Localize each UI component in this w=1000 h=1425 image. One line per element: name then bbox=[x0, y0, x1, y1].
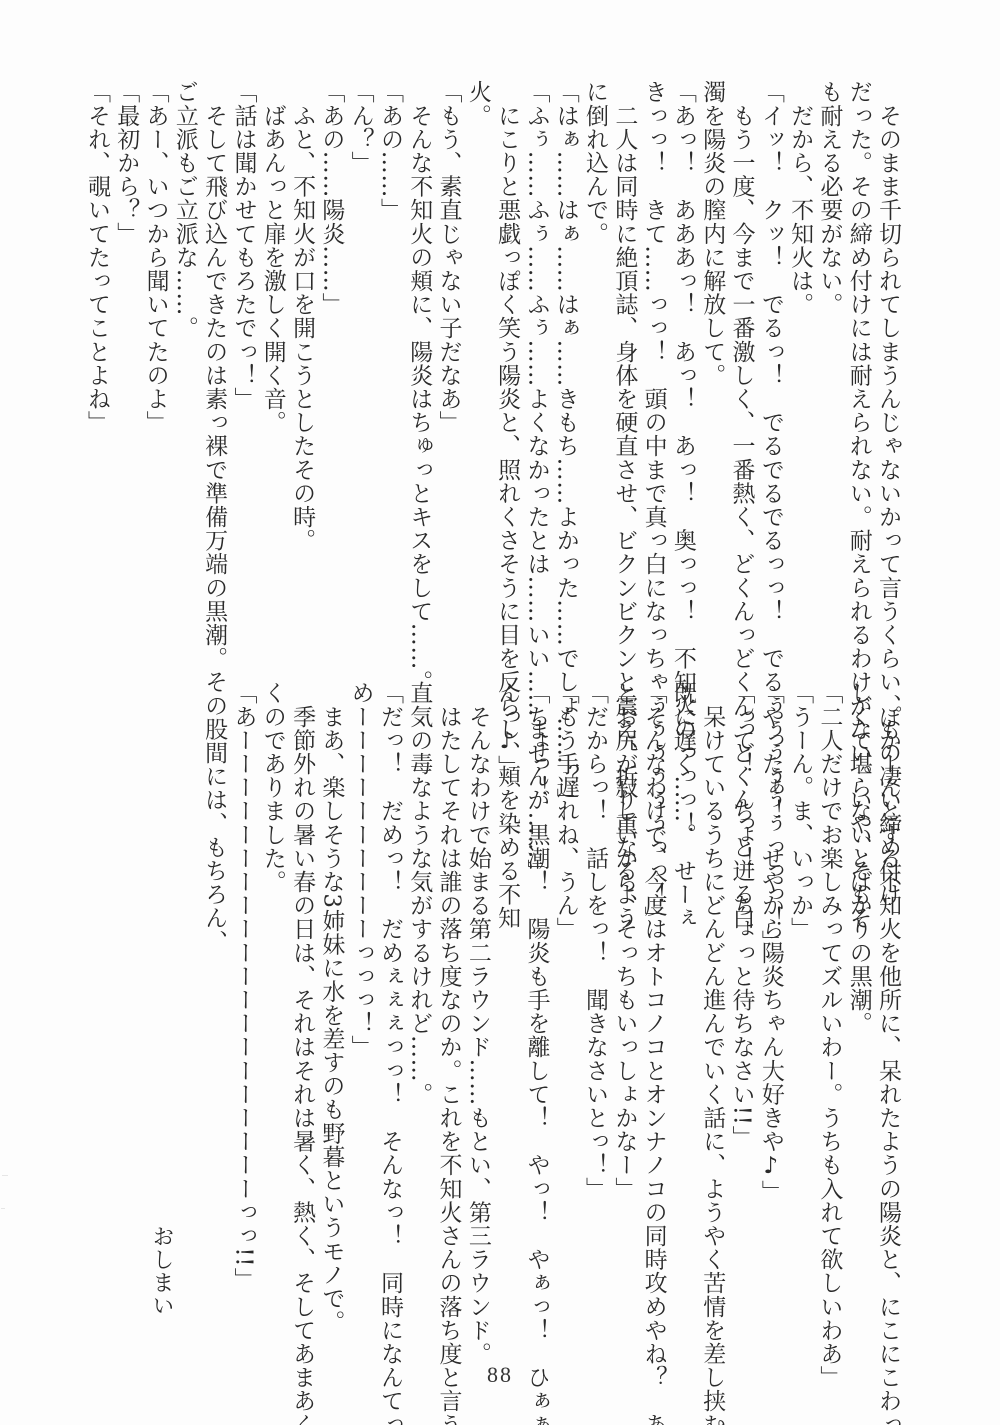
text-column: 濁を陽炎の膣内に解放して。 bbox=[697, 80, 726, 680]
text-column: 「だっ！ だめっ！ だめぇぇぇっっ！ そんなっ！ 同時になんてっっ！ だ bbox=[375, 681, 404, 1281]
text-column: 「うーん。ま、いっか」 bbox=[785, 681, 814, 1281]
text-column: 火。 bbox=[463, 80, 492, 680]
text-column: 既に遅く……。 bbox=[668, 681, 697, 1281]
text-column: 「って！ ちょ！ ちょっと待ちなさい!!」 bbox=[726, 681, 755, 1281]
text-column: ぽかーんとする不知火を他所に、呆れたようの陽炎と、にこにこわっふる、楽 bbox=[873, 681, 902, 1281]
text-column: 「あの……」 bbox=[375, 80, 404, 680]
text-column: 「はぁ……はぁ……はぁ……きもち……よかった……でしょ……？」 bbox=[550, 80, 579, 680]
text-column: 「ふぅ……ふぅ……ふぅ……よくなかったとは……いい……ませんが……」 bbox=[521, 80, 550, 680]
text-column: 「それ、覗いてたってことよね」 bbox=[82, 80, 111, 680]
text-column: そして飛び込んできたのは素っ裸で準備万端の黒潮。その股間には、もちろん、 bbox=[199, 80, 228, 680]
text-column: 「やったぁ！ せやから陽炎ちゃん大好きや♪」 bbox=[756, 681, 785, 1281]
text-column: そのまま千切られてしまうんじゃないかって言うくらい、もの凄い締め付け bbox=[873, 80, 902, 680]
text-column: 「そんなわけで、今度はオトコノコとオンナノコの同時攻めやね？ あ、それや bbox=[638, 681, 667, 1281]
text-column: 「もう手遅れね、うん」 bbox=[550, 681, 579, 1281]
page-number: 88 bbox=[0, 1362, 1000, 1388]
scan-speck bbox=[2, 1175, 8, 1176]
text-column: 「あっ！ あああっ！ あっ！ あっ！ 奥っっ！ 不知火のっっっ！ せーぇ bbox=[668, 80, 697, 680]
text-column: 「あー、いつから聞いてたのよ」 bbox=[140, 80, 169, 680]
text-column: まあ、楽しそうな3姉妹に水を差すのも野暮というモノで。 bbox=[316, 681, 345, 1281]
text-column: に倒れ込んで。 bbox=[580, 80, 609, 680]
text-column: ふと、不知火が口を開こうとしたその時。 bbox=[287, 80, 316, 680]
text-column: 呆けているうちにどんどん進んでいく話に、ようやく苦情を差し挟むも、時、 bbox=[697, 681, 726, 1281]
text-column: ご立派もご立派な……。 bbox=[170, 80, 199, 680]
text-column: も耐える必要がない。 bbox=[814, 80, 843, 680]
text-column: 直気の毒なような気がするけれど……。 bbox=[404, 681, 433, 1281]
text-column: 「ちょっ！ 黒潮！ 陽炎も手を離して！ やっ！ やぁっ！ ひぁぁぁぁぁぁ bbox=[521, 681, 550, 1281]
text-column: とお尻が寂しいから、そっちもいっしょかなー」 bbox=[609, 681, 638, 1281]
text-column: にこりと悪戯っぽく笑う陽炎と、照れくさそうに目を反らし、頬を染める不知 bbox=[492, 80, 521, 680]
text-column: 「最初から？」 bbox=[111, 80, 140, 680]
text-column: もう一度、今まで一番激しく、一番熱く、どくんっどくんっどくんっと迸る白 bbox=[726, 80, 755, 680]
text-column: 「話は聞かせてもろたでっ！」 bbox=[228, 80, 257, 680]
text-column: 「あの……陽炎……」 bbox=[316, 80, 345, 680]
book-page: そのまま千切られてしまうんじゃないかって言うくらい、もの凄い締め付けだった。その… bbox=[0, 0, 1000, 1425]
text-column: めーーーーーーーーーーっっっ！」 bbox=[345, 681, 374, 1281]
text-column: 二人は同時に絶頂誌、身体を硬直させ、ビクンビクンと震え、折り重なるよう bbox=[609, 80, 638, 680]
text-column: 「だからっ！ 話しをっ！ 聞きなさいとっ！」 bbox=[580, 681, 609, 1281]
text-column: だから、不知火は。 bbox=[785, 80, 814, 680]
text-column: 「ん？」 bbox=[345, 80, 374, 680]
text-column: はたしてそれは誰の落ち度なのか。これを不知火さんの落ち度と言うには、正 bbox=[433, 681, 462, 1281]
text-column: そんな不知火の頬に、陽炎はちゅっとキスをして……。 bbox=[404, 80, 433, 680]
upper-text-tier: そのまま千切られてしまうんじゃないかって言うくらい、もの凄い締め付けだった。その… bbox=[462, 80, 902, 680]
text-column: 「あーーーーーーーーーーーーーーーーーーーーっっ!!」 bbox=[228, 681, 257, 1281]
lower-text-tier: ぽかーんとする不知火を他所に、呆れたようの陽炎と、にこにこわっふる、楽しくて堪ら… bbox=[92, 681, 902, 1281]
text-column: だった。その締め付けには耐えられない。耐えられるわけがない。いや、そもそ bbox=[843, 80, 872, 680]
text-column: んっ♪」 bbox=[492, 681, 521, 1281]
text-column: そんなわけで始まる第二ラウンド……もとい、第三ラウンド。 bbox=[463, 681, 492, 1281]
text-column: ばあんっと扉を激しく開く音。 bbox=[257, 80, 286, 680]
text-column: 「イッ！ クッ！ でるっ！ でるでるでるっっ！ でるぅぅぅぅぅぅっっっ！」 bbox=[756, 80, 785, 680]
text-column: 「二人だけでお楽しみってズルいわー。うちも入れて欲しいわあ」 bbox=[814, 681, 843, 1281]
text-column: くのでありました。 bbox=[257, 681, 286, 1281]
scan-speck bbox=[1, 1208, 5, 1209]
text-column: 「もう、素直じゃない子だなあ」 bbox=[433, 80, 462, 680]
text-column: きっっ！ きて……っっ！ 頭の中まで真っ白になっちゃぅぅぅぅぅぅっっ！」 bbox=[638, 80, 667, 680]
text-column: 季節外れの暑い春の日は、それはそれは暑く、熱く、そしてあまあく過ぎて行 bbox=[287, 681, 316, 1281]
ending-mark: おしまい bbox=[146, 1225, 177, 1317]
text-column: しくて堪らないとばかりの黒潮。 bbox=[843, 681, 872, 1281]
